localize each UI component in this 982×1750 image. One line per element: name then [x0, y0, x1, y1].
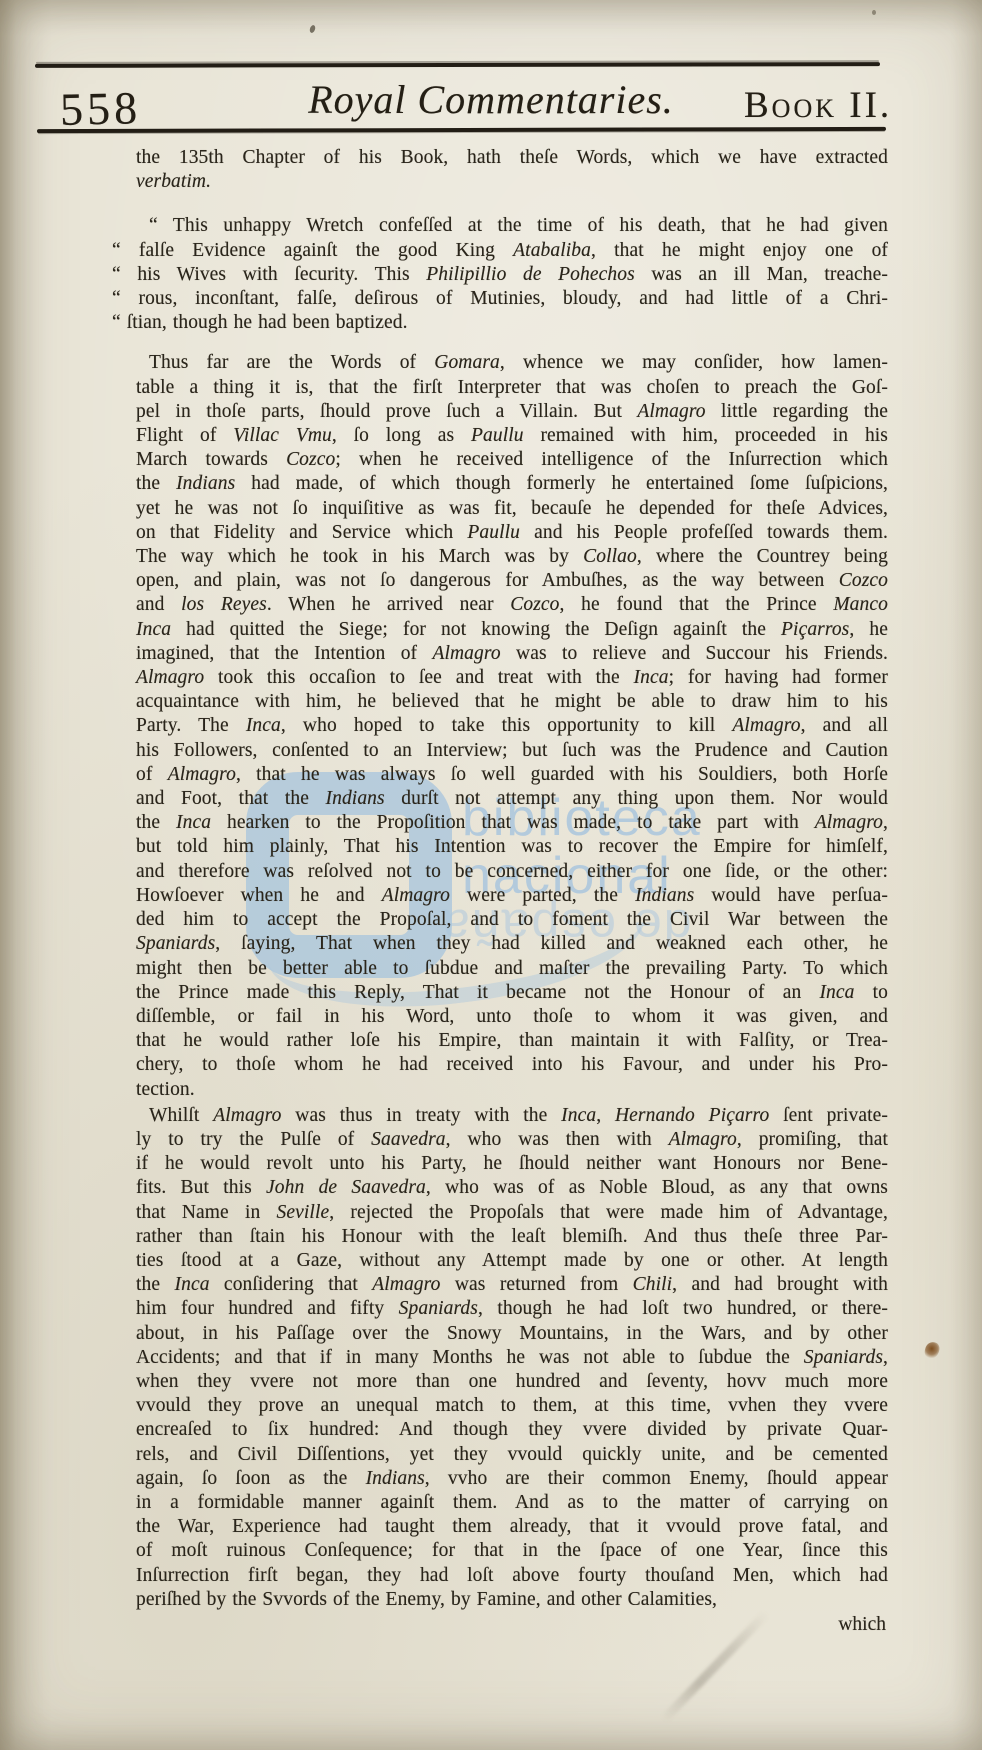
- italic-text: Inca: [176, 812, 211, 833]
- text-line: diſſemble, or fail in his Word, unto tho…: [136, 1005, 888, 1029]
- text-line: rels, and Civil Diſſentions, yet they vv…: [136, 1443, 888, 1467]
- text-line: “ rous, inconſtant, falſe, deſirous of M…: [112, 287, 888, 311]
- text-line: the Prince made this Reply, That it beca…: [136, 981, 888, 1005]
- text-line: encreaſed to ſix hundred: And though the…: [136, 1418, 888, 1442]
- paper-stain: [923, 1340, 941, 1360]
- header-rule-bottom: [37, 127, 886, 133]
- italic-text: Manco: [833, 594, 888, 615]
- text-segment: the: [136, 473, 176, 494]
- text-line: pel in thoſe parts, ſhould prove ſuch a …: [136, 400, 888, 424]
- text-segment: Whilſt: [149, 1105, 213, 1126]
- text-line: ties ſtood at a Gaze, without any Attemp…: [136, 1249, 888, 1273]
- text-segment: “ This unhappy Wretch confeſſed at the t…: [149, 215, 888, 236]
- text-line: his Followers, conſented to an Interview…: [136, 739, 888, 763]
- italic-text: Indians: [635, 885, 694, 906]
- text-segment: Party. The: [136, 715, 246, 736]
- paper-speck: [872, 10, 876, 15]
- text-line: March towards Cozco; when he received in…: [136, 448, 888, 472]
- text-line: Almagro took this occaſion to ſee and tr…: [136, 666, 888, 690]
- text-segment: ,: [596, 1105, 615, 1126]
- text-segment: Thus far are the Words of: [149, 352, 434, 373]
- text-segment: was an ill Man, treache-: [635, 264, 888, 285]
- text-line: Flight of Villac Vmu, ſo long as Paullu …: [136, 424, 888, 448]
- text-segment: that Name in: [136, 1202, 277, 1223]
- text-segment: “ falſe Evidence againſt the good King: [112, 240, 513, 261]
- text-segment: open, and plain, was not ſo dangerous fo…: [136, 570, 839, 591]
- text-line: rather than ſtain his Honour with the le…: [136, 1225, 888, 1249]
- text-segment: was to relieve and Succour his Friends.: [501, 643, 888, 664]
- text-line: chery, to thoſe whom he had received int…: [136, 1053, 888, 1077]
- text-line: and Foot, that the Indians durſt not att…: [136, 787, 888, 811]
- text-line: “ falſe Evidence againſt the good King A…: [112, 239, 888, 263]
- italic-text: Almagro: [382, 885, 450, 906]
- text-segment: yet he was not ſo inquiſitive as was fit…: [136, 498, 888, 519]
- text-segment: , though he had loſt two hundred, or the…: [478, 1298, 888, 1319]
- text-segment: , where the Countrey being: [637, 546, 888, 567]
- text-segment: conſidering that: [210, 1274, 373, 1295]
- text-line: on that Fidelity and Service which Paull…: [136, 521, 888, 545]
- text-line: Howſoever when he and Almagro were parte…: [136, 884, 888, 908]
- text-segment: “ ſtian, though he had been baptized.: [112, 312, 408, 333]
- text-segment: tection.: [136, 1079, 195, 1100]
- text-segment: in a formidable manner againſt them. And…: [136, 1492, 888, 1513]
- italic-text: Almagro: [136, 667, 204, 688]
- text-line: of Almagro, that he was always ſo well g…: [136, 763, 888, 787]
- text-segment: fits. But this: [136, 1177, 266, 1198]
- text-line: Party. The Inca, who hoped to take this …: [136, 714, 888, 738]
- text-segment: the: [136, 1274, 175, 1295]
- text-segment: ; for having had former: [669, 667, 888, 688]
- italic-text: Inca: [136, 619, 171, 640]
- text-line: vvould they prove an unequal match to th…: [136, 1394, 888, 1418]
- text-line: of moſt ruinous Conſequence; for that in…: [136, 1539, 888, 1563]
- text-segment: , rejected the Propoſals that were made …: [329, 1202, 888, 1223]
- italic-text: Almagro: [815, 812, 883, 833]
- italic-text: Philipillio de Pohechos: [426, 264, 635, 285]
- text-segment: of moſt ruinous Conſequence; for that in…: [136, 1540, 888, 1561]
- text-segment: , he found that the Prince: [560, 594, 834, 615]
- italic-text: John de Saavedra: [266, 1177, 426, 1198]
- italic-text: Cozco: [839, 570, 888, 591]
- text-segment: remained with him, proceeded in his: [524, 425, 888, 446]
- text-segment: periſhed by the Svvords of the Enemy, by…: [136, 1589, 717, 1610]
- italic-text: Spaniards: [136, 933, 215, 954]
- text-segment: the 135th Chapter of his Book, hath theſ…: [136, 147, 888, 168]
- text-line: him four hundred and fifty Spaniards, th…: [136, 1297, 888, 1321]
- italic-text: Paullu: [467, 522, 520, 543]
- text-segment: little regarding the: [706, 401, 888, 422]
- text-segment: Flight of: [136, 425, 233, 446]
- italic-text: Almagro: [372, 1274, 440, 1295]
- header-rule-top: [35, 62, 880, 68]
- text-segment: rather than ſtain his Honour with the le…: [136, 1226, 888, 1247]
- text-segment: Howſoever when he and: [136, 885, 382, 906]
- text-segment: diſſemble, or fail in his Word, unto tho…: [136, 1006, 888, 1027]
- paragraph-continuation: the 135th Chapter of his Book, hath theſ…: [136, 146, 888, 194]
- text-segment: to: [855, 982, 888, 1003]
- text-segment: encreaſed to ſix hundred: And though the…: [136, 1419, 888, 1440]
- text-segment: ly to try the Pulſe of: [136, 1129, 371, 1150]
- text-segment: , and all: [801, 715, 888, 736]
- text-line: might then be better able to ſubdue and …: [136, 957, 888, 981]
- text-line: the War, Experience had taught them alre…: [136, 1515, 888, 1539]
- text-line: verbatim.: [136, 170, 888, 194]
- text-segment: if he would revolt unto his Party, he ſh…: [136, 1153, 888, 1174]
- text-segment: again, ſo ſoon as the: [136, 1468, 366, 1489]
- text-line: imagined, that the Intention of Almagro …: [136, 642, 888, 666]
- text-line: Inca had quitted the Siege; for not know…: [136, 618, 888, 642]
- text-segment: , and had brought with: [672, 1274, 888, 1295]
- text-segment: The way which he took in his March was b…: [136, 546, 583, 567]
- text-line: acquaintance with him, he believed that …: [136, 690, 888, 714]
- italic-text: Inca: [819, 982, 854, 1003]
- text-segment: , ſaying, That when they had killed and …: [215, 933, 888, 954]
- text-line: Inſurrection firſt began, they had loſt …: [136, 1564, 888, 1588]
- text-line: about, in his Paſſage over the Snowy Mou…: [136, 1322, 888, 1346]
- text-segment: acquaintance with him, he believed that …: [136, 691, 888, 712]
- text-segment: had made, of which though formerly he en…: [235, 473, 888, 494]
- text-segment: rels, and Civil Diſſentions, yet they vv…: [136, 1444, 888, 1465]
- text-segment: on that Fidelity and Service which: [136, 522, 467, 543]
- paragraph-gomara-commentary: Thus far are the Words of Gomara, whence…: [136, 351, 888, 1101]
- text-segment: Accidents; and that if in many Months he…: [136, 1347, 804, 1368]
- text-line: Accidents; and that if in many Months he…: [136, 1346, 888, 1370]
- text-segment: , that he might enjoy one of: [591, 240, 888, 261]
- text-segment: ,: [883, 1347, 888, 1368]
- italic-text: Piçarros: [781, 619, 849, 640]
- text-segment: was returned from: [440, 1274, 632, 1295]
- text-line: the 135th Chapter of his Book, hath theſ…: [136, 146, 888, 170]
- body-text: the 135th Chapter of his Book, hath theſ…: [136, 146, 888, 1637]
- text-segment: , ſo long as: [332, 425, 471, 446]
- text-segment: durſt not attempt any thing upon them. N…: [385, 788, 888, 809]
- text-line: again, ſo ſoon as the Indians, vvho are …: [136, 1467, 888, 1491]
- italic-text: Chili: [633, 1274, 673, 1295]
- italic-text: Gomara: [434, 352, 500, 373]
- text-segment: had quitted the Siege; for not knowing t…: [171, 619, 781, 640]
- italic-text: Cozco: [286, 449, 335, 470]
- italic-text: Collao: [583, 546, 637, 567]
- paper-speck: [309, 24, 316, 33]
- text-segment: ded him to accept the Propoſal, and to f…: [136, 909, 888, 930]
- text-segment: were parted, the: [450, 885, 635, 906]
- text-line: periſhed by the Svvords of the Enemy, by…: [136, 1588, 888, 1612]
- italic-text: Indians: [366, 1468, 425, 1489]
- italic-text: Almagro: [732, 715, 800, 736]
- paragraph-quotation: “ This unhappy Wretch confeſſed at the t…: [136, 214, 888, 335]
- text-segment: the War, Experience had taught them alre…: [136, 1516, 888, 1537]
- italic-text: los Reyes: [181, 594, 267, 615]
- italic-text: Saavedra: [371, 1129, 445, 1150]
- italic-text: Cozco: [510, 594, 559, 615]
- text-segment: , whence we may conſider, how lamen-: [500, 352, 888, 373]
- text-segment: his Followers, conſented to an Interview…: [136, 740, 888, 761]
- text-segment: imagined, that the Intention of: [136, 643, 432, 664]
- text-segment: , promiſing, that: [737, 1129, 888, 1150]
- text-line: the Indians had made, of which though fo…: [136, 472, 888, 496]
- text-segment: table a thing it is, that the firſt Inte…: [136, 377, 888, 398]
- italic-text: Inca: [175, 1274, 210, 1295]
- text-segment: , that he was always ſo well guarded wit…: [236, 764, 888, 785]
- text-segment: Inſurrection firſt began, they had loſt …: [136, 1565, 888, 1586]
- text-line: that Name in Seville, rejected the Propo…: [136, 1201, 888, 1225]
- text-segment: and: [136, 594, 181, 615]
- italic-text: Almagro: [669, 1129, 737, 1150]
- paragraph-almagro-treaty: Whilſt Almagro was thus in treaty with t…: [136, 1104, 888, 1612]
- text-line: Thus far are the Words of Gomara, whence…: [136, 351, 888, 375]
- text-line: “ This unhappy Wretch confeſſed at the t…: [136, 214, 888, 238]
- italic-text: verbatim.: [136, 171, 211, 192]
- text-segment: hearken to the Propoſition that was made…: [211, 812, 815, 833]
- text-line: in a formidable manner againſt them. And…: [136, 1491, 888, 1515]
- catchword: which: [136, 1613, 888, 1637]
- text-segment: was thus in treaty with the: [281, 1105, 561, 1126]
- text-line: The way which he took in his March was b…: [136, 545, 888, 569]
- text-line: the Inca hearken to the Propoſition that…: [136, 811, 888, 835]
- book-page: 558 Royal Commentaries. Book II. bibliot…: [0, 0, 982, 1750]
- text-segment: pel in thoſe parts, ſhould prove ſuch a …: [136, 401, 637, 422]
- text-segment: took this occaſion to ſee and treat with…: [204, 667, 633, 688]
- italic-text: Almagro: [168, 764, 236, 785]
- text-segment: ſent private-: [769, 1105, 888, 1126]
- text-line: fits. But this John de Saavedra, who was…: [136, 1176, 888, 1200]
- text-segment: vvould they prove an unequal match to th…: [136, 1395, 888, 1416]
- text-line: open, and plain, was not ſo dangerous fo…: [136, 569, 888, 593]
- text-line: ded him to accept the Propoſal, and to f…: [136, 908, 888, 932]
- text-segment: the Prince made this Reply, That it beca…: [136, 982, 819, 1003]
- text-segment: , who hoped to take this opportunity to …: [281, 715, 732, 736]
- text-line: yet he was not ſo inquiſitive as was fit…: [136, 497, 888, 521]
- text-line: but told him plainly, That his Intention…: [136, 835, 888, 859]
- text-segment: , who was of as Noble Bloud, as any that…: [426, 1177, 888, 1198]
- text-segment: ,: [883, 812, 888, 833]
- text-segment: when they vvere not more than one hundre…: [136, 1371, 888, 1392]
- text-segment: “ rous, inconſtant, falſe, deſirous of M…: [112, 288, 888, 309]
- italic-text: Hernando Piçarro: [615, 1105, 769, 1126]
- text-segment: ties ſtood at a Gaze, without any Attemp…: [136, 1250, 888, 1271]
- text-segment: might then be better able to ſubdue and …: [136, 958, 888, 979]
- text-segment: and Foot, that the: [136, 788, 326, 809]
- italic-text: Inca: [561, 1105, 596, 1126]
- text-segment: ; when he received intelligence of the I…: [335, 449, 888, 470]
- italic-text: Almagro: [213, 1105, 281, 1126]
- text-line: tection.: [136, 1078, 888, 1102]
- book-label: Book II.: [744, 84, 892, 127]
- text-line: “ ſtian, though he had been baptized.: [112, 311, 888, 335]
- text-line: ly to try the Pulſe of Saavedra, who was…: [136, 1128, 888, 1152]
- italic-text: Inca: [246, 715, 281, 736]
- text-line: when they vvere not more than one hundre…: [136, 1370, 888, 1394]
- text-line: that he would rather loſe his Empire, th…: [136, 1029, 888, 1053]
- text-segment: , who was then with: [446, 1129, 669, 1150]
- italic-text: Almagro: [432, 643, 500, 664]
- text-segment: that he would rather loſe his Empire, th…: [136, 1030, 888, 1051]
- text-line: “ his Wives with ſecurity. This Philipil…: [112, 263, 888, 287]
- text-segment: and therefore was reſolved not to be con…: [136, 861, 888, 882]
- text-line: the Inca conſidering that Almagro was re…: [136, 1273, 888, 1297]
- italic-text: Indians: [326, 788, 385, 809]
- text-line: table a thing it is, that the firſt Inte…: [136, 376, 888, 400]
- text-segment: of: [136, 764, 168, 785]
- text-segment: March towards: [136, 449, 286, 470]
- text-segment: and his People profeſſed towards them.: [520, 522, 888, 543]
- text-line: and therefore was reſolved not to be con…: [136, 860, 888, 884]
- italic-text: Seville: [277, 1202, 330, 1223]
- italic-text: Almagro: [637, 401, 705, 422]
- text-segment: “ his Wives with ſecurity. This: [112, 264, 426, 285]
- text-segment: but told him plainly, That his Intention…: [136, 836, 888, 857]
- text-line: if he would revolt unto his Party, he ſh…: [136, 1152, 888, 1176]
- italic-text: Atabaliba: [513, 240, 591, 261]
- text-segment: would have perſua-: [694, 885, 888, 906]
- italic-text: Inca: [634, 667, 669, 688]
- text-segment: . When he arrived near: [267, 594, 510, 615]
- italic-text: Spaniards: [804, 1347, 883, 1368]
- text-segment: chery, to thoſe whom he had received int…: [136, 1054, 888, 1075]
- text-line: and los Reyes. When he arrived near Cozc…: [136, 593, 888, 617]
- text-line: Whilſt Almagro was thus in treaty with t…: [136, 1104, 888, 1128]
- text-segment: him four hundred and fifty: [136, 1298, 399, 1319]
- text-segment: , vvho are their common Enemy, ſhould ap…: [425, 1468, 888, 1489]
- text-segment: , he: [849, 619, 888, 640]
- italic-text: Paullu: [471, 425, 524, 446]
- text-line: Spaniards, ſaying, That when they had ki…: [136, 932, 888, 956]
- italic-text: Villac Vmu: [233, 425, 332, 446]
- text-segment: the: [136, 812, 176, 833]
- italic-text: Indians: [176, 473, 235, 494]
- text-segment: about, in his Paſſage over the Snowy Mou…: [136, 1323, 888, 1344]
- italic-text: Spaniards: [399, 1298, 478, 1319]
